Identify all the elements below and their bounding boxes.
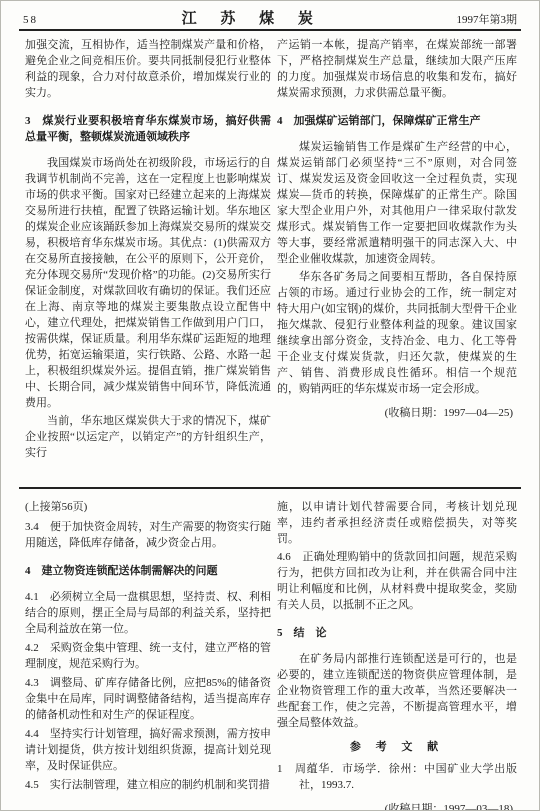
page-number: 58 xyxy=(23,14,38,26)
right-column-top: 产运销一本帐，提高产销率，在煤炭部统一部署下，严格控制煤炭生产总量，继续加大限产… xyxy=(277,37,517,423)
item-4-2: 4.2 采购资金集中管理、统一支付，建立严格的管理制度，规范采购行为。 xyxy=(25,640,271,672)
section-3-paragraph-1: 我国煤炭市场尚处在初级阶段，市场运行的自我调节机制尚不完善，这在一定程度上也影响… xyxy=(25,155,271,411)
logistics-section-4-heading: 4 建立物资连锁配送体制需解决的问题 xyxy=(25,563,271,579)
continuation-paragraph: 加强交流，互相协作，适当控制煤炭产量和价格，避免企业之间竞相压价。要共同抵制侵犯… xyxy=(25,37,271,101)
section-4-paragraph-1: 煤炭运输销售工作是煤矿生产经营的中心，煤炭运销部门必须坚持“三不”原则，对合同签… xyxy=(277,139,517,267)
item-4-5: 4.5 实行法制管理，建立相应的制约机制和奖罚措 xyxy=(25,777,271,793)
page-header: 58 江 苏 煤 炭 1997年第3期 xyxy=(23,7,517,28)
item-4-4: 4.4 坚持实行计划管理，搞好需求预测，需方按申请计划提货，供方按计划组织货源，… xyxy=(25,726,271,774)
header-rule xyxy=(19,29,521,31)
section-4-paragraph-2: 华东各矿务局之间要相互帮助，各自保持原占领的市场。通过行业协会的工作，统一制定对… xyxy=(277,269,517,397)
left-column-bottom: (上接第56页) 3.4 便于加快资金周转，对生产需要的物资实行随用随送，降低库… xyxy=(25,499,271,796)
item-4-1: 4.1 必须树立全局一盘棋思想，坚持责、权、利相结合的原则，摆正全局与局部的利益… xyxy=(25,589,271,637)
journal-page: 58 江 苏 煤 炭 1997年第3期 加强交流，互相协作，适当控制煤炭产量和价… xyxy=(0,0,540,811)
section-4-heading: 4 加强煤矿运销部门，保障煤矿正常生产 xyxy=(277,113,517,129)
continued-from-note: (上接第56页) xyxy=(25,499,271,515)
continuation-paragraph: 产运销一本帐，提高产销率，在煤炭部统一部署下，严格控制煤炭生产总量，继续加大限产… xyxy=(277,37,517,101)
right-column-bottom: 施，以申请计划代替需要合同，考核计划兑现率，违约者承担经济责任或赔偿损失，对等奖… xyxy=(277,499,517,811)
received-date-article-2: (收稿日期：1997—03—18) xyxy=(277,801,517,811)
item-4-3: 4.3 调整局、矿库存储备比例，应把85%的储备资金集中在局库，同时调整储备结构… xyxy=(25,675,271,723)
issue-label: 1997年第3期 xyxy=(456,11,517,27)
item-3-4: 3.4 便于加快资金周转，对生产需要的物资实行随用随送，降低库存储备，减少资金占… xyxy=(25,519,271,551)
references-heading: 参 考 文 献 xyxy=(277,739,517,755)
journal-title: 江 苏 煤 炭 xyxy=(182,7,323,28)
left-column-top: 加强交流，互相协作，适当控制煤炭产量和价格，避免企业之间竞相压价。要共同抵制侵犯… xyxy=(25,37,271,463)
received-date-article-1: (收稿日期：1997—04—25) xyxy=(277,405,517,421)
conclusion-heading: 5 结 论 xyxy=(277,625,517,641)
article-divider-rule xyxy=(19,487,521,489)
reference-item-1: 1 周蕴华．市场学．徐州：中国矿业大学出版社，1993.7. xyxy=(277,761,517,793)
section-3-paragraph-2: 当前，华东地区煤炭供大于求的情况下，煤矿企业按照“以运定产，以销定产”的方针组织… xyxy=(25,413,271,461)
conclusion-paragraph: 在矿务局内部推行连锁配送是可行的，也是必要的，建立连锁配送的物资供应管理体制，是… xyxy=(277,651,517,731)
section-3-heading: 3 煤炭行业要积极培育华东煤炭市场，搞好供需总量平衡，整顿煤炭流通领域秩序 xyxy=(25,113,271,145)
item-4-5-continuation: 施，以申请计划代替需要合同，考核计划兑现率，违约者承担经济责任或赔偿损失，对等奖… xyxy=(277,499,517,547)
item-4-6: 4.6 正确处理购销中的货款回扣问题，规范采购行为，把供方回扣改为让利，并在供需… xyxy=(277,549,517,613)
